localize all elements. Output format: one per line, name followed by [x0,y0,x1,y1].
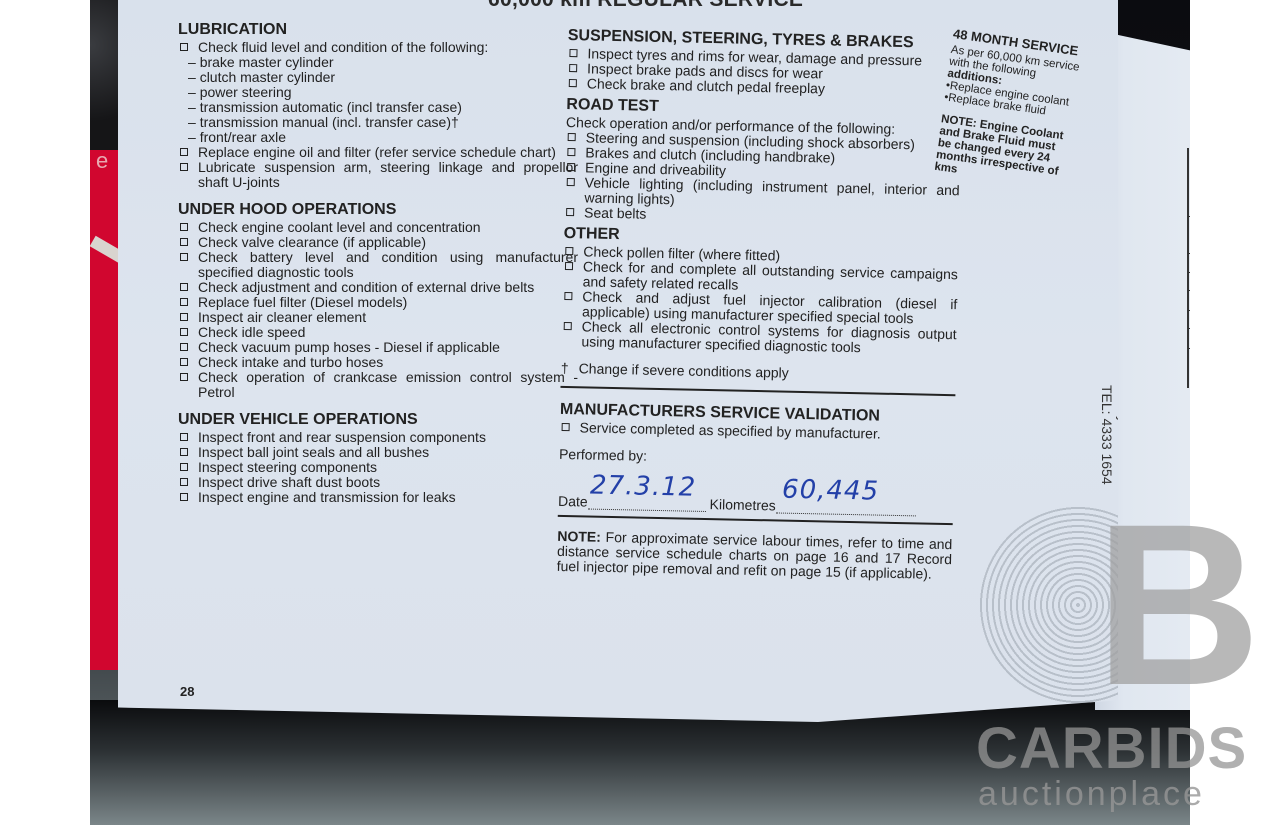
footnote: † Change if severe conditions apply [561,361,956,384]
item-label: Check operation of crankcase emission co… [198,370,578,400]
item-label: Check engine coolant level and concentra… [198,220,481,235]
table-line [1187,348,1190,349]
note-paragraph: NOTE: For approximate service labour tim… [557,529,953,582]
item-label: Check battery level and condition using … [198,250,578,280]
page-header: 60,000 km REGULAR SERVICE [488,0,803,12]
checkbox-icon[interactable] [569,79,577,87]
middle-column: SUSPENSION, STEERING, TYRES & BRAKES Ins… [557,28,963,582]
checklist-item[interactable]: Inspect front and rear suspension compon… [178,430,578,445]
item-label: Inspect air cleaner element [198,310,366,325]
checkbox-icon[interactable] [569,64,577,72]
checklist-item[interactable]: Replace fuel filter (Diesel models) [178,295,578,310]
watermark-brand: CARBIDS [976,715,1247,782]
checklist-item[interactable]: Check operation of crankcase emission co… [178,370,578,400]
checkbox-icon[interactable] [567,148,575,156]
checklist-item[interactable]: Inspect ball joint seals and all bushes [178,445,578,460]
item-label: Replace fuel filter (Diesel models) [198,295,407,310]
checklist-item[interactable]: Check battery level and condition using … [178,250,578,280]
checkbox-icon[interactable] [180,448,188,456]
performed-by-label: Performed by: [559,447,954,470]
dagger-icon: † [561,361,569,376]
checklist-item[interactable]: Check vacuum pump hoses - Diesel if appl… [178,340,578,355]
checklist-item[interactable]: Inspect engine and transmission for leak… [178,490,578,505]
checkbox-icon[interactable] [180,43,188,51]
checkbox-icon[interactable] [180,493,188,501]
checkbox-icon[interactable] [180,373,188,381]
divider [558,515,953,525]
checklist-item[interactable]: Check intake and turbo hoses [178,355,578,370]
checklist-item[interactable]: Check fluid level and condition of the f… [178,40,578,55]
section-title-lubrication: LUBRICATION [178,22,578,37]
item-label: Inspect ball joint seals and all bushes [198,445,429,460]
side-note-text: NOTE: Engine Coolant and Brake Fluid mus… [934,113,1064,178]
item-label: Check all electronic control systems for… [581,319,957,357]
checkbox-icon[interactable] [180,238,188,246]
table-line [1187,216,1190,217]
sub-item: front/rear axle [178,130,578,145]
checkbox-icon[interactable] [565,247,573,255]
side-panel-48-month: 48 MONTH SERVICE As per 60,000 km servic… [934,28,1083,191]
checklist-item[interactable]: Inspect drive shaft dust boots [178,475,578,490]
item-label: Check adjustment and condition of extern… [198,280,534,295]
table-line [1187,290,1190,291]
checkbox-icon[interactable] [567,163,575,171]
section-title-under-hood: UNDER HOOD OPERATIONS [178,202,578,217]
checklist-item[interactable]: Inspect air cleaner element [178,310,578,325]
sub-item: transmission manual (incl. transfer case… [178,115,578,130]
checkbox-icon[interactable] [564,292,572,300]
item-label: Replace engine oil and filter (refer ser… [198,145,556,160]
item-label: Check intake and turbo hoses [198,355,383,370]
checkbox-icon[interactable] [180,163,188,171]
checkbox-icon[interactable] [565,262,573,270]
booklet-cover-red: e [90,150,118,670]
checkbox-icon[interactable] [180,223,188,231]
checklist-item[interactable]: Replace engine oil and filter (refer ser… [178,145,578,160]
table-line [1187,272,1190,273]
km-value: 60,445 [782,483,879,500]
item-label: Inspect front and rear suspension compon… [198,430,486,445]
sub-item: brake master cylinder [178,55,578,70]
km-field[interactable]: 60,445 [776,498,916,516]
checkbox-icon[interactable] [180,328,188,336]
checkbox-icon[interactable] [180,478,188,486]
table-line [1187,328,1190,329]
item-label: Inspect engine and transmission for leak… [198,490,456,505]
left-column: LUBRICATION Check fluid level and condit… [178,22,578,505]
checkbox-icon[interactable] [568,133,576,141]
checkbox-icon[interactable] [566,208,574,216]
item-label: Check vacuum pump hoses - Diesel if appl… [198,340,500,355]
km-label: Kilometres [709,497,775,513]
checklist-item[interactable]: Inspect steering components [178,460,578,475]
item-label: Inspect steering components [198,460,377,475]
checkbox-icon[interactable] [564,322,572,330]
note-text: For approximate service labour times, re… [557,529,953,582]
dark-background-object [90,0,120,150]
photo-backdrop: e 60,000 km REGULAR SERVICE LUBRICATION … [90,0,1190,825]
checklist-item[interactable]: Check idle speed [178,325,578,340]
service-booklet-page: 60,000 km REGULAR SERVICE LUBRICATION Ch… [118,0,1118,722]
date-km-row: Date 27.3.12 Kilometres 60,445 [558,494,953,517]
sub-item: clutch master cylinder [178,70,578,85]
checklist-item[interactable]: Check engine coolant level and concentra… [178,220,578,235]
checklist-item[interactable]: Check all electronic control systems for… [561,319,957,357]
date-label: Date [558,494,588,510]
item-label: Seat belts [584,205,647,221]
checkbox-icon[interactable] [180,358,188,366]
checkbox-icon[interactable] [180,283,188,291]
date-value: 27.3.12 [590,479,697,496]
checkbox-icon[interactable] [180,463,188,471]
watermark-logo-letter: B [1095,505,1255,705]
sub-item: transmission automatic (incl transfer ca… [178,100,578,115]
checkbox-icon[interactable] [567,178,575,186]
checkbox-icon[interactable] [180,313,188,321]
cover-letter-fragment: e [96,148,108,174]
checklist-item[interactable]: Lubricate suspension arm, steering linka… [178,160,578,190]
watermark-subtitle: auctionplace [978,775,1205,814]
item-label: Lubricate suspension arm, steering linka… [198,160,578,190]
divider [560,386,955,396]
sub-item: power steering [178,85,578,100]
footnote-text: Change if severe conditions apply [579,361,789,380]
item-label: Check valve clearance (if applicable) [198,235,426,250]
facing-page-table-edge [1187,148,1190,388]
checkbox-icon[interactable] [180,298,188,306]
item-label: Check fluid level and condition of the f… [198,40,488,55]
checkbox-icon[interactable] [180,343,188,351]
checklist-item[interactable]: Check valve clearance (if applicable) [178,235,578,250]
page-number: 28 [180,684,194,699]
date-field[interactable]: 27.3.12 [587,495,705,512]
checkbox-icon[interactable] [180,433,188,441]
checklist-item[interactable]: Check adjustment and condition of extern… [178,280,578,295]
item-label: Check idle speed [198,325,305,340]
checkbox-icon[interactable] [180,148,188,156]
section-title-under-vehicle: UNDER VEHICLE OPERATIONS [178,412,578,427]
checkbox-icon[interactable] [180,253,188,261]
item-label: Inspect drive shaft dust boots [198,475,380,490]
checkbox-icon[interactable] [569,49,577,57]
table-line [1187,310,1190,311]
table-line [1187,253,1190,254]
checkbox-icon[interactable] [562,423,570,431]
